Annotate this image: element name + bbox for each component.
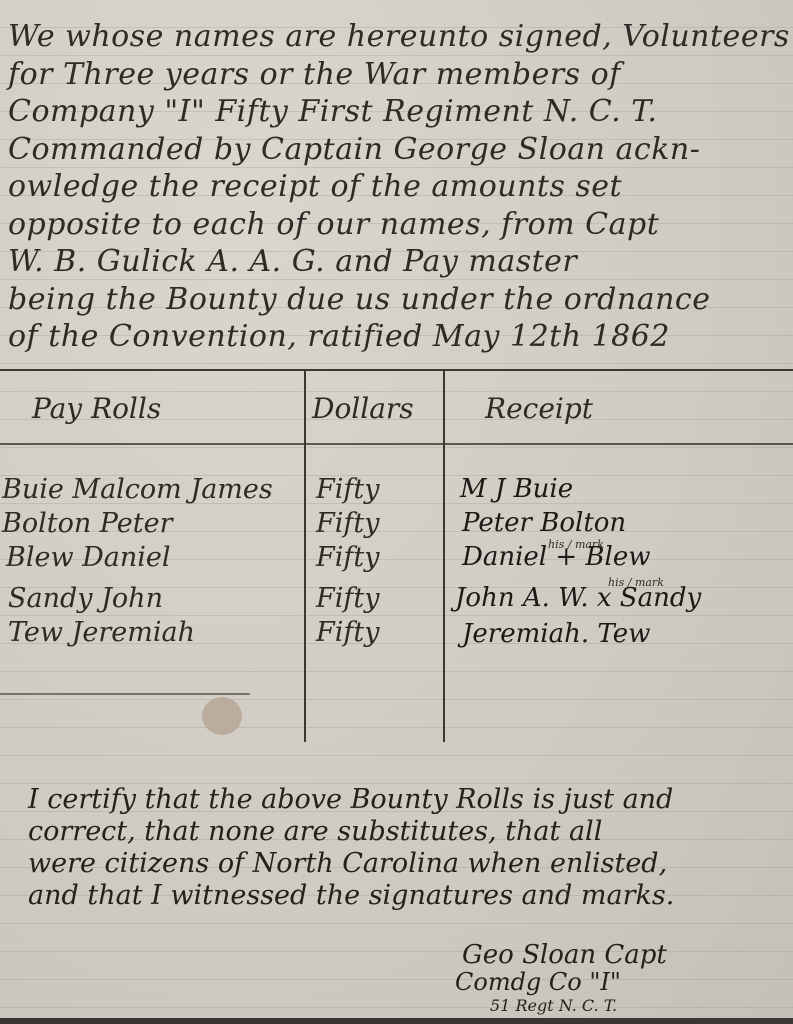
table-row-name: Tew Jeremiah xyxy=(8,617,195,648)
signature-name: Geo Sloan Capt xyxy=(462,940,667,970)
table-row-dollars: Fifty xyxy=(316,508,379,539)
table-row-receipt: Jeremiah. Tew xyxy=(462,619,650,649)
preamble-line: We whose names are hereunto signed, Volu… xyxy=(8,18,788,56)
preamble-line: Commanded by Captain George Sloan ackn- xyxy=(8,131,788,169)
table-row-dollars: Fifty xyxy=(316,617,379,648)
signature-unit: 51 Regt N. C. T. xyxy=(490,996,617,1015)
preamble-line: Company "I" Fifty First Regiment N. C. T… xyxy=(8,93,788,131)
column-divider-2 xyxy=(443,370,445,742)
certification-line: I certify that the above Bounty Rolls is… xyxy=(28,784,788,816)
column-header-pay-rolls: Pay Rolls xyxy=(32,392,161,425)
table-row-name: Bolton Peter xyxy=(2,508,172,539)
certification-line: and that I witnessed the signatures and … xyxy=(28,880,788,912)
table-row-name: Buie Malcom James xyxy=(2,474,273,505)
preamble-line: being the Bounty due us under the ordnan… xyxy=(8,281,788,319)
column-header-dollars: Dollars xyxy=(312,392,414,425)
table-header-rule xyxy=(0,443,793,445)
table-row-name: Sandy John xyxy=(8,583,163,614)
table-row-dollars: Fifty xyxy=(316,474,379,505)
table-bottom-rule-left xyxy=(0,693,250,695)
signature-title: Comdg Co "I" xyxy=(455,968,621,996)
bottom-edge xyxy=(0,1018,793,1024)
table-row-name: Blew Daniel xyxy=(6,542,171,573)
table-row-receipt: M J Buie xyxy=(460,474,573,504)
table-top-rule xyxy=(0,369,793,371)
preamble: We whose names are hereunto signed, Volu… xyxy=(8,18,788,356)
preamble-line: owledge the receipt of the amounts set xyxy=(8,168,788,206)
table-row-dollars: Fifty xyxy=(316,542,379,573)
table-row-dollars: Fifty xyxy=(316,583,379,614)
table-row-receipt: John A. W. x Sandy xyxy=(455,583,701,613)
mark-note: his / mark xyxy=(548,538,604,551)
certification-line: correct, that none are substitutes, that… xyxy=(28,816,788,848)
column-header-receipt: Receipt xyxy=(485,392,593,425)
mark-note: his / mark xyxy=(608,576,664,589)
certification-line: were citizens of North Carolina when enl… xyxy=(28,848,788,880)
column-divider-1 xyxy=(304,370,306,742)
preamble-line: opposite to each of our names, from Capt xyxy=(8,206,788,244)
table-row-receipt: Peter Bolton xyxy=(462,508,626,538)
preamble-line: for Three years or the War members of xyxy=(8,56,788,94)
paper-stain xyxy=(202,697,242,735)
certification: I certify that the above Bounty Rolls is… xyxy=(28,784,788,912)
preamble-line: of the Convention, ratified May 12th 186… xyxy=(8,318,788,356)
preamble-line: W. B. Gulick A. A. G. and Pay master xyxy=(8,243,788,281)
